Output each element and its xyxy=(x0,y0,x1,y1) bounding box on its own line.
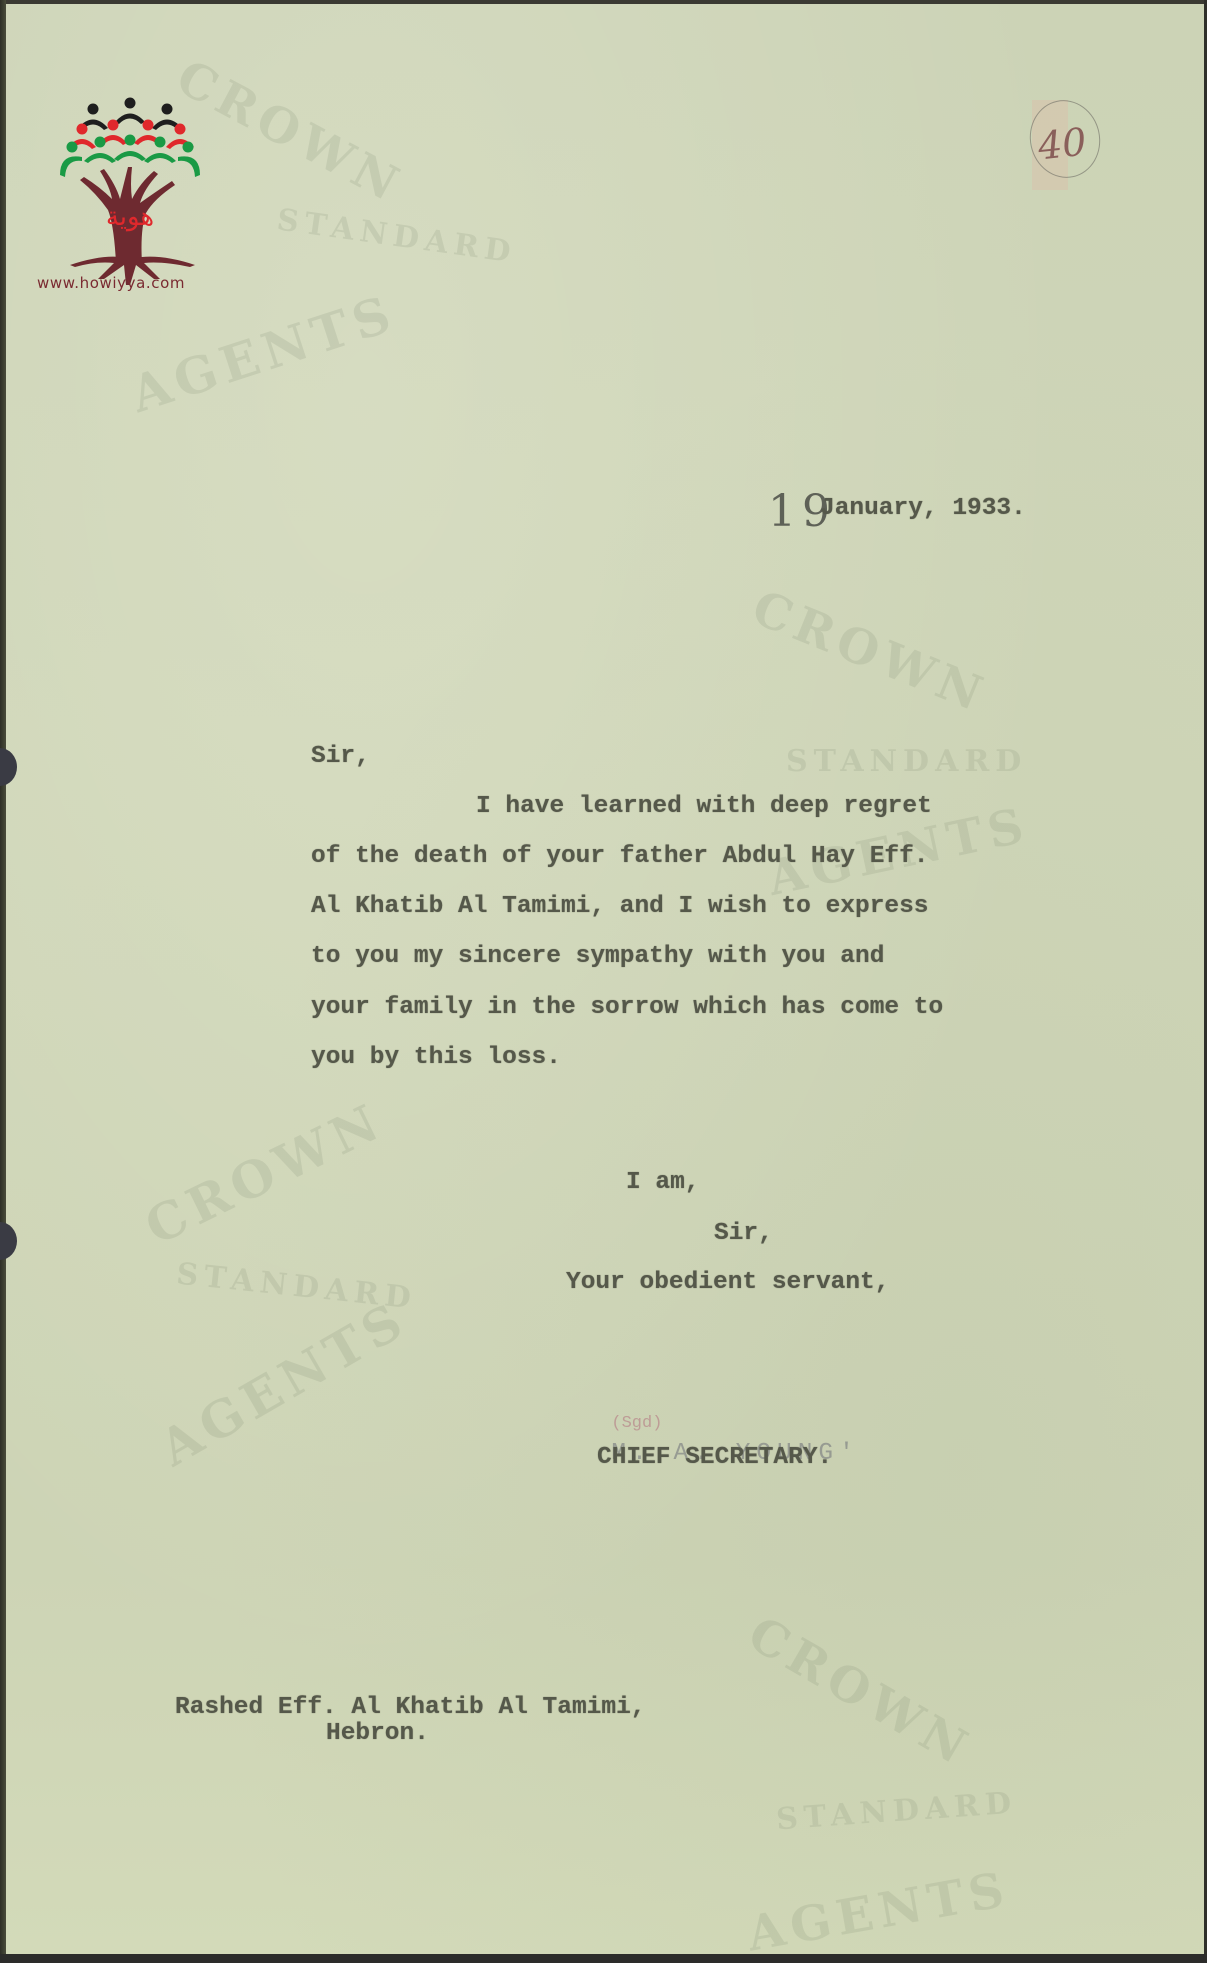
body-line: to you my sincere sympathy with you and xyxy=(311,942,884,972)
body-line: your family in the sorrow which has come… xyxy=(311,993,943,1023)
watermark-line: STANDARD xyxy=(275,202,519,270)
body-line: of the death of your father Abdul Hay Ef… xyxy=(311,842,929,872)
closing-line: Your obedient servant, xyxy=(566,1268,889,1298)
page-bottom-edge xyxy=(0,1954,1207,1963)
watermark-stamp: STANDARD xyxy=(275,202,519,270)
watermark-stamp: STANDARD xyxy=(786,744,1027,779)
watermark-line: CROWN xyxy=(739,1606,982,1778)
body-line: I have learned with deep regret xyxy=(476,792,932,822)
tree-of-people-icon: هوية xyxy=(30,95,220,295)
watermark-stamp: AGENTS xyxy=(150,1289,417,1477)
watermark-stamp: CROWN xyxy=(739,1606,982,1778)
logo-url-text[interactable]: www.howiyya.com xyxy=(37,274,185,292)
watermark-stamp: STANDARD xyxy=(175,1256,419,1316)
page-left-edge xyxy=(0,0,6,1963)
watermark-stamp: AGENTS xyxy=(743,1861,1014,1962)
svg-text:هوية: هوية xyxy=(106,202,154,232)
watermark-line: AGENTS xyxy=(124,283,403,424)
watermark-stamp: CROWN xyxy=(745,580,996,725)
howiyya-logo[interactable]: هوية xyxy=(30,95,220,295)
salutation: Sir, xyxy=(311,742,370,772)
letter-date: January, 1933. xyxy=(820,494,1026,524)
body-line: you by this loss. xyxy=(311,1043,561,1073)
watermark-line: AGENTS xyxy=(150,1289,417,1477)
document-page: CROWN STANDARD AGENTS CROWN STANDARD AGE… xyxy=(6,4,1204,1954)
watermark-line: STANDARD xyxy=(775,1786,1018,1838)
watermark-line: STANDARD xyxy=(175,1256,419,1316)
watermark-stamp: AGENTS xyxy=(124,283,403,424)
watermark-line: CROWN xyxy=(136,1091,393,1257)
watermark-stamp: CROWN xyxy=(136,1091,393,1257)
closing-line: Sir, xyxy=(714,1219,773,1249)
body-line: Al Khatib Al Tamimi, and I wish to expre… xyxy=(311,892,929,922)
watermark-line: CROWN xyxy=(745,580,996,725)
folio-number: 40 xyxy=(1036,120,1089,169)
watermark-line: AGENTS xyxy=(743,1861,1014,1962)
recipient-place: Hebron. xyxy=(326,1719,429,1749)
watermark-line: STANDARD xyxy=(786,744,1027,779)
watermark-stamp: STANDARD xyxy=(775,1786,1018,1838)
signatory-title: CHIEF SECRETARY. xyxy=(597,1443,832,1473)
closing-line: I am, xyxy=(626,1168,700,1198)
signature-prefix: (Sgd) xyxy=(611,1414,662,1433)
